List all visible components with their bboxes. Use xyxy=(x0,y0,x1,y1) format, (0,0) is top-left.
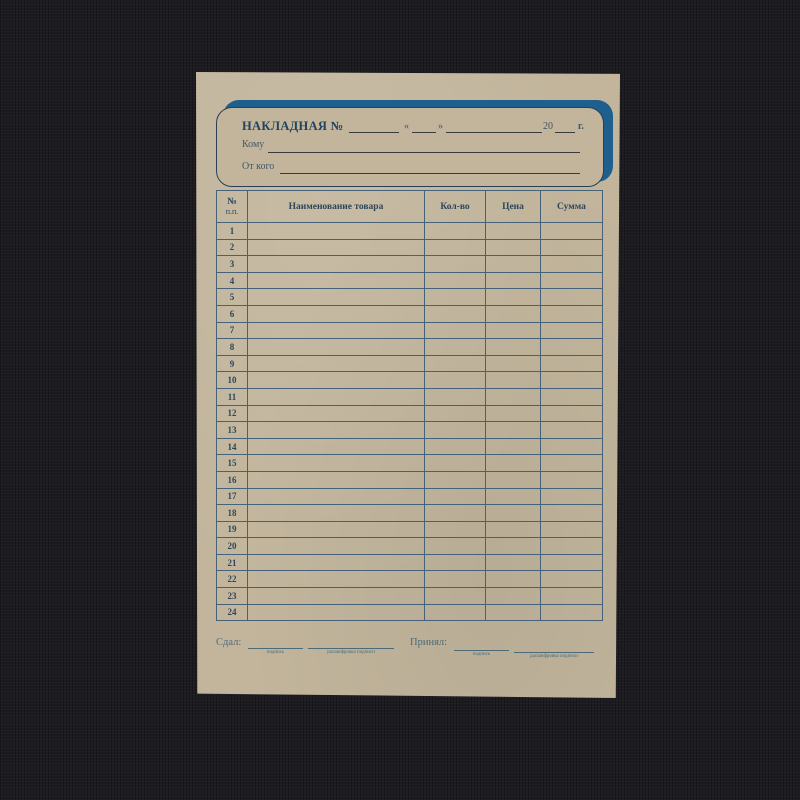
received-signature-field[interactable] xyxy=(454,650,509,651)
sum-cell[interactable] xyxy=(541,604,603,621)
table-row: 12 xyxy=(217,405,603,422)
sum-cell[interactable] xyxy=(541,438,603,455)
table-row: 23 xyxy=(217,588,603,605)
row-number-cell: 20 xyxy=(217,538,248,555)
col-header-name: Наименование товара xyxy=(248,191,425,223)
sum-cell[interactable] xyxy=(541,505,603,522)
table-row: 11 xyxy=(217,388,603,405)
handed-signature-field[interactable] xyxy=(248,648,303,649)
date-day-field[interactable] xyxy=(412,132,436,133)
price-cell[interactable] xyxy=(486,455,541,472)
sum-cell[interactable] xyxy=(541,554,603,571)
sum-cell[interactable] xyxy=(541,571,603,588)
col-header-number-abbr: п.п. xyxy=(226,207,239,216)
table-row: 13 xyxy=(217,422,603,439)
qty-cell[interactable] xyxy=(425,538,486,555)
qty-cell[interactable] xyxy=(425,322,486,339)
qty-cell[interactable] xyxy=(425,554,486,571)
qty-cell[interactable] xyxy=(425,588,486,605)
qty-cell[interactable] xyxy=(425,405,486,422)
item-name-cell[interactable] xyxy=(248,554,425,571)
row-number-cell: 18 xyxy=(217,505,248,522)
item-name-cell[interactable] xyxy=(248,571,425,588)
item-name-cell[interactable] xyxy=(248,256,425,273)
price-cell[interactable] xyxy=(486,322,541,339)
row-number-cell: 7 xyxy=(217,322,248,339)
qty-cell[interactable] xyxy=(425,339,486,356)
row-number-cell: 21 xyxy=(217,554,248,571)
row-number-cell: 3 xyxy=(217,256,248,273)
qty-cell[interactable] xyxy=(425,289,486,306)
row-number-cell: 9 xyxy=(217,355,248,372)
table-row: 7 xyxy=(217,322,603,339)
qty-cell[interactable] xyxy=(425,355,486,372)
date-month-field[interactable] xyxy=(446,132,542,133)
price-cell[interactable] xyxy=(486,355,541,372)
row-number-cell: 12 xyxy=(217,405,248,422)
received-label: Принял: xyxy=(410,637,447,648)
item-name-cell[interactable] xyxy=(248,405,425,422)
sum-cell[interactable] xyxy=(541,422,603,439)
year-prefix: 20 xyxy=(543,121,553,132)
item-name-cell[interactable] xyxy=(248,422,425,439)
sum-cell[interactable] xyxy=(541,538,603,555)
to-label: Кому xyxy=(242,139,264,150)
sum-cell[interactable] xyxy=(541,239,603,256)
qty-cell[interactable] xyxy=(425,438,486,455)
sum-cell[interactable] xyxy=(541,223,603,240)
table-row: 16 xyxy=(217,471,603,488)
received-decode-field[interactable] xyxy=(514,652,594,653)
invoice-title: НАКЛАДНАЯ № xyxy=(242,119,344,134)
row-number-cell: 5 xyxy=(217,289,248,306)
qty-cell[interactable] xyxy=(425,505,486,522)
sum-cell[interactable] xyxy=(541,256,603,273)
row-number-cell: 1 xyxy=(217,223,248,240)
price-cell[interactable] xyxy=(486,505,541,522)
row-number-cell: 10 xyxy=(217,372,248,389)
year-suffix: г. xyxy=(578,121,584,132)
item-name-cell[interactable] xyxy=(248,223,425,240)
price-cell[interactable] xyxy=(486,388,541,405)
invoice-number-field[interactable] xyxy=(349,132,399,133)
sum-cell[interactable] xyxy=(541,289,603,306)
qty-cell[interactable] xyxy=(425,571,486,588)
handed-decode-field[interactable] xyxy=(308,648,394,649)
qty-cell[interactable] xyxy=(425,239,486,256)
price-cell[interactable] xyxy=(486,521,541,538)
price-cell[interactable] xyxy=(486,372,541,389)
from-field[interactable] xyxy=(280,173,580,174)
row-number-cell: 15 xyxy=(217,455,248,472)
qty-cell[interactable] xyxy=(425,521,486,538)
row-number-cell: 22 xyxy=(217,571,248,588)
qty-cell[interactable] xyxy=(425,372,486,389)
item-name-cell[interactable] xyxy=(248,239,425,256)
sum-cell[interactable] xyxy=(541,322,603,339)
price-cell[interactable] xyxy=(486,438,541,455)
row-number-cell: 13 xyxy=(217,422,248,439)
from-label: От кого xyxy=(242,161,274,172)
price-cell[interactable] xyxy=(486,223,541,240)
price-cell[interactable] xyxy=(486,488,541,505)
sum-cell[interactable] xyxy=(541,471,603,488)
handed-signature-caption: подпись xyxy=(248,650,303,655)
row-number-cell: 14 xyxy=(217,438,248,455)
item-name-cell[interactable] xyxy=(248,355,425,372)
item-name-cell[interactable] xyxy=(248,305,425,322)
invoice-form-sheet: НАКЛАДНАЯ № « » 20 г. Кому От кого № п.п… xyxy=(196,72,620,698)
date-year-field[interactable] xyxy=(555,132,575,133)
row-number-cell: 17 xyxy=(217,488,248,505)
handed-over-label: Сдал: xyxy=(216,637,241,648)
table-header-row: № п.п. Наименование товара Кол-во Цена С… xyxy=(217,191,603,223)
item-name-cell[interactable] xyxy=(248,388,425,405)
table-row: 3 xyxy=(217,256,603,273)
price-cell[interactable] xyxy=(486,538,541,555)
col-header-price: Цена xyxy=(486,191,541,223)
qty-cell[interactable] xyxy=(425,223,486,240)
table-row: 9 xyxy=(217,355,603,372)
date-open-quote: « xyxy=(404,121,409,132)
table-row: 8 xyxy=(217,339,603,356)
col-header-sum: Сумма xyxy=(541,191,603,223)
sum-cell[interactable] xyxy=(541,388,603,405)
price-cell[interactable] xyxy=(486,471,541,488)
table-row: 24 xyxy=(217,604,603,621)
row-number-cell: 24 xyxy=(217,604,248,621)
price-cell[interactable] xyxy=(486,422,541,439)
item-name-cell[interactable] xyxy=(248,521,425,538)
table-row: 10 xyxy=(217,372,603,389)
sum-cell[interactable] xyxy=(541,272,603,289)
row-number-cell: 8 xyxy=(217,339,248,356)
table-row: 20 xyxy=(217,538,603,555)
sum-cell[interactable] xyxy=(541,455,603,472)
table-row: 1 xyxy=(217,223,603,240)
table-row: 2 xyxy=(217,239,603,256)
price-cell[interactable] xyxy=(486,239,541,256)
price-cell[interactable] xyxy=(486,554,541,571)
item-name-cell[interactable] xyxy=(248,322,425,339)
row-number-cell: 16 xyxy=(217,471,248,488)
qty-cell[interactable] xyxy=(425,488,486,505)
price-cell[interactable] xyxy=(486,305,541,322)
item-name-cell[interactable] xyxy=(248,455,425,472)
table-row: 19 xyxy=(217,521,603,538)
date-close-quote: » xyxy=(438,121,443,132)
item-name-cell[interactable] xyxy=(248,538,425,555)
qty-cell[interactable] xyxy=(425,422,486,439)
row-number-cell: 23 xyxy=(217,588,248,605)
table-row: 18 xyxy=(217,505,603,522)
row-number-cell: 6 xyxy=(217,305,248,322)
qty-cell[interactable] xyxy=(425,305,486,322)
item-name-cell[interactable] xyxy=(248,488,425,505)
sum-cell[interactable] xyxy=(541,521,603,538)
table-row: 15 xyxy=(217,455,603,472)
price-cell[interactable] xyxy=(486,339,541,356)
row-number-cell: 19 xyxy=(217,521,248,538)
table-row: 4 xyxy=(217,272,603,289)
item-name-cell[interactable] xyxy=(248,505,425,522)
price-cell[interactable] xyxy=(486,604,541,621)
qty-cell[interactable] xyxy=(425,272,486,289)
price-cell[interactable] xyxy=(486,588,541,605)
received-decode-caption: расшифровка подписи xyxy=(514,654,594,659)
qty-cell[interactable] xyxy=(425,256,486,273)
to-field[interactable] xyxy=(268,152,580,153)
qty-cell[interactable] xyxy=(425,604,486,621)
received-signature-caption: подпись xyxy=(454,652,509,657)
sum-cell[interactable] xyxy=(541,588,603,605)
col-header-number: № п.п. xyxy=(217,191,248,223)
item-name-cell[interactable] xyxy=(248,372,425,389)
col-header-qty: Кол-во xyxy=(425,191,486,223)
goods-table: № п.п. Наименование товара Кол-во Цена С… xyxy=(216,190,603,621)
sum-cell[interactable] xyxy=(541,372,603,389)
price-cell[interactable] xyxy=(486,256,541,273)
handed-decode-caption: расшифровка подписи xyxy=(308,650,394,655)
sum-cell[interactable] xyxy=(541,355,603,372)
item-name-cell[interactable] xyxy=(248,471,425,488)
sum-cell[interactable] xyxy=(541,405,603,422)
price-cell[interactable] xyxy=(486,571,541,588)
table-row: 14 xyxy=(217,438,603,455)
price-cell[interactable] xyxy=(486,289,541,306)
qty-cell[interactable] xyxy=(425,388,486,405)
price-cell[interactable] xyxy=(486,405,541,422)
item-name-cell[interactable] xyxy=(248,339,425,356)
item-name-cell[interactable] xyxy=(248,604,425,621)
col-header-number-symbol: № xyxy=(227,197,237,207)
item-name-cell[interactable] xyxy=(248,588,425,605)
row-number-cell: 11 xyxy=(217,388,248,405)
table-row: 5 xyxy=(217,289,603,306)
item-name-cell[interactable] xyxy=(248,289,425,306)
item-name-cell[interactable] xyxy=(248,272,425,289)
table-row: 21 xyxy=(217,554,603,571)
qty-cell[interactable] xyxy=(425,471,486,488)
qty-cell[interactable] xyxy=(425,455,486,472)
table-row: 22 xyxy=(217,571,603,588)
table-row: 17 xyxy=(217,488,603,505)
table-row: 6 xyxy=(217,305,603,322)
row-number-cell: 2 xyxy=(217,239,248,256)
sum-cell[interactable] xyxy=(541,488,603,505)
sum-cell[interactable] xyxy=(541,339,603,356)
row-number-cell: 4 xyxy=(217,272,248,289)
item-name-cell[interactable] xyxy=(248,438,425,455)
price-cell[interactable] xyxy=(486,272,541,289)
sum-cell[interactable] xyxy=(541,305,603,322)
